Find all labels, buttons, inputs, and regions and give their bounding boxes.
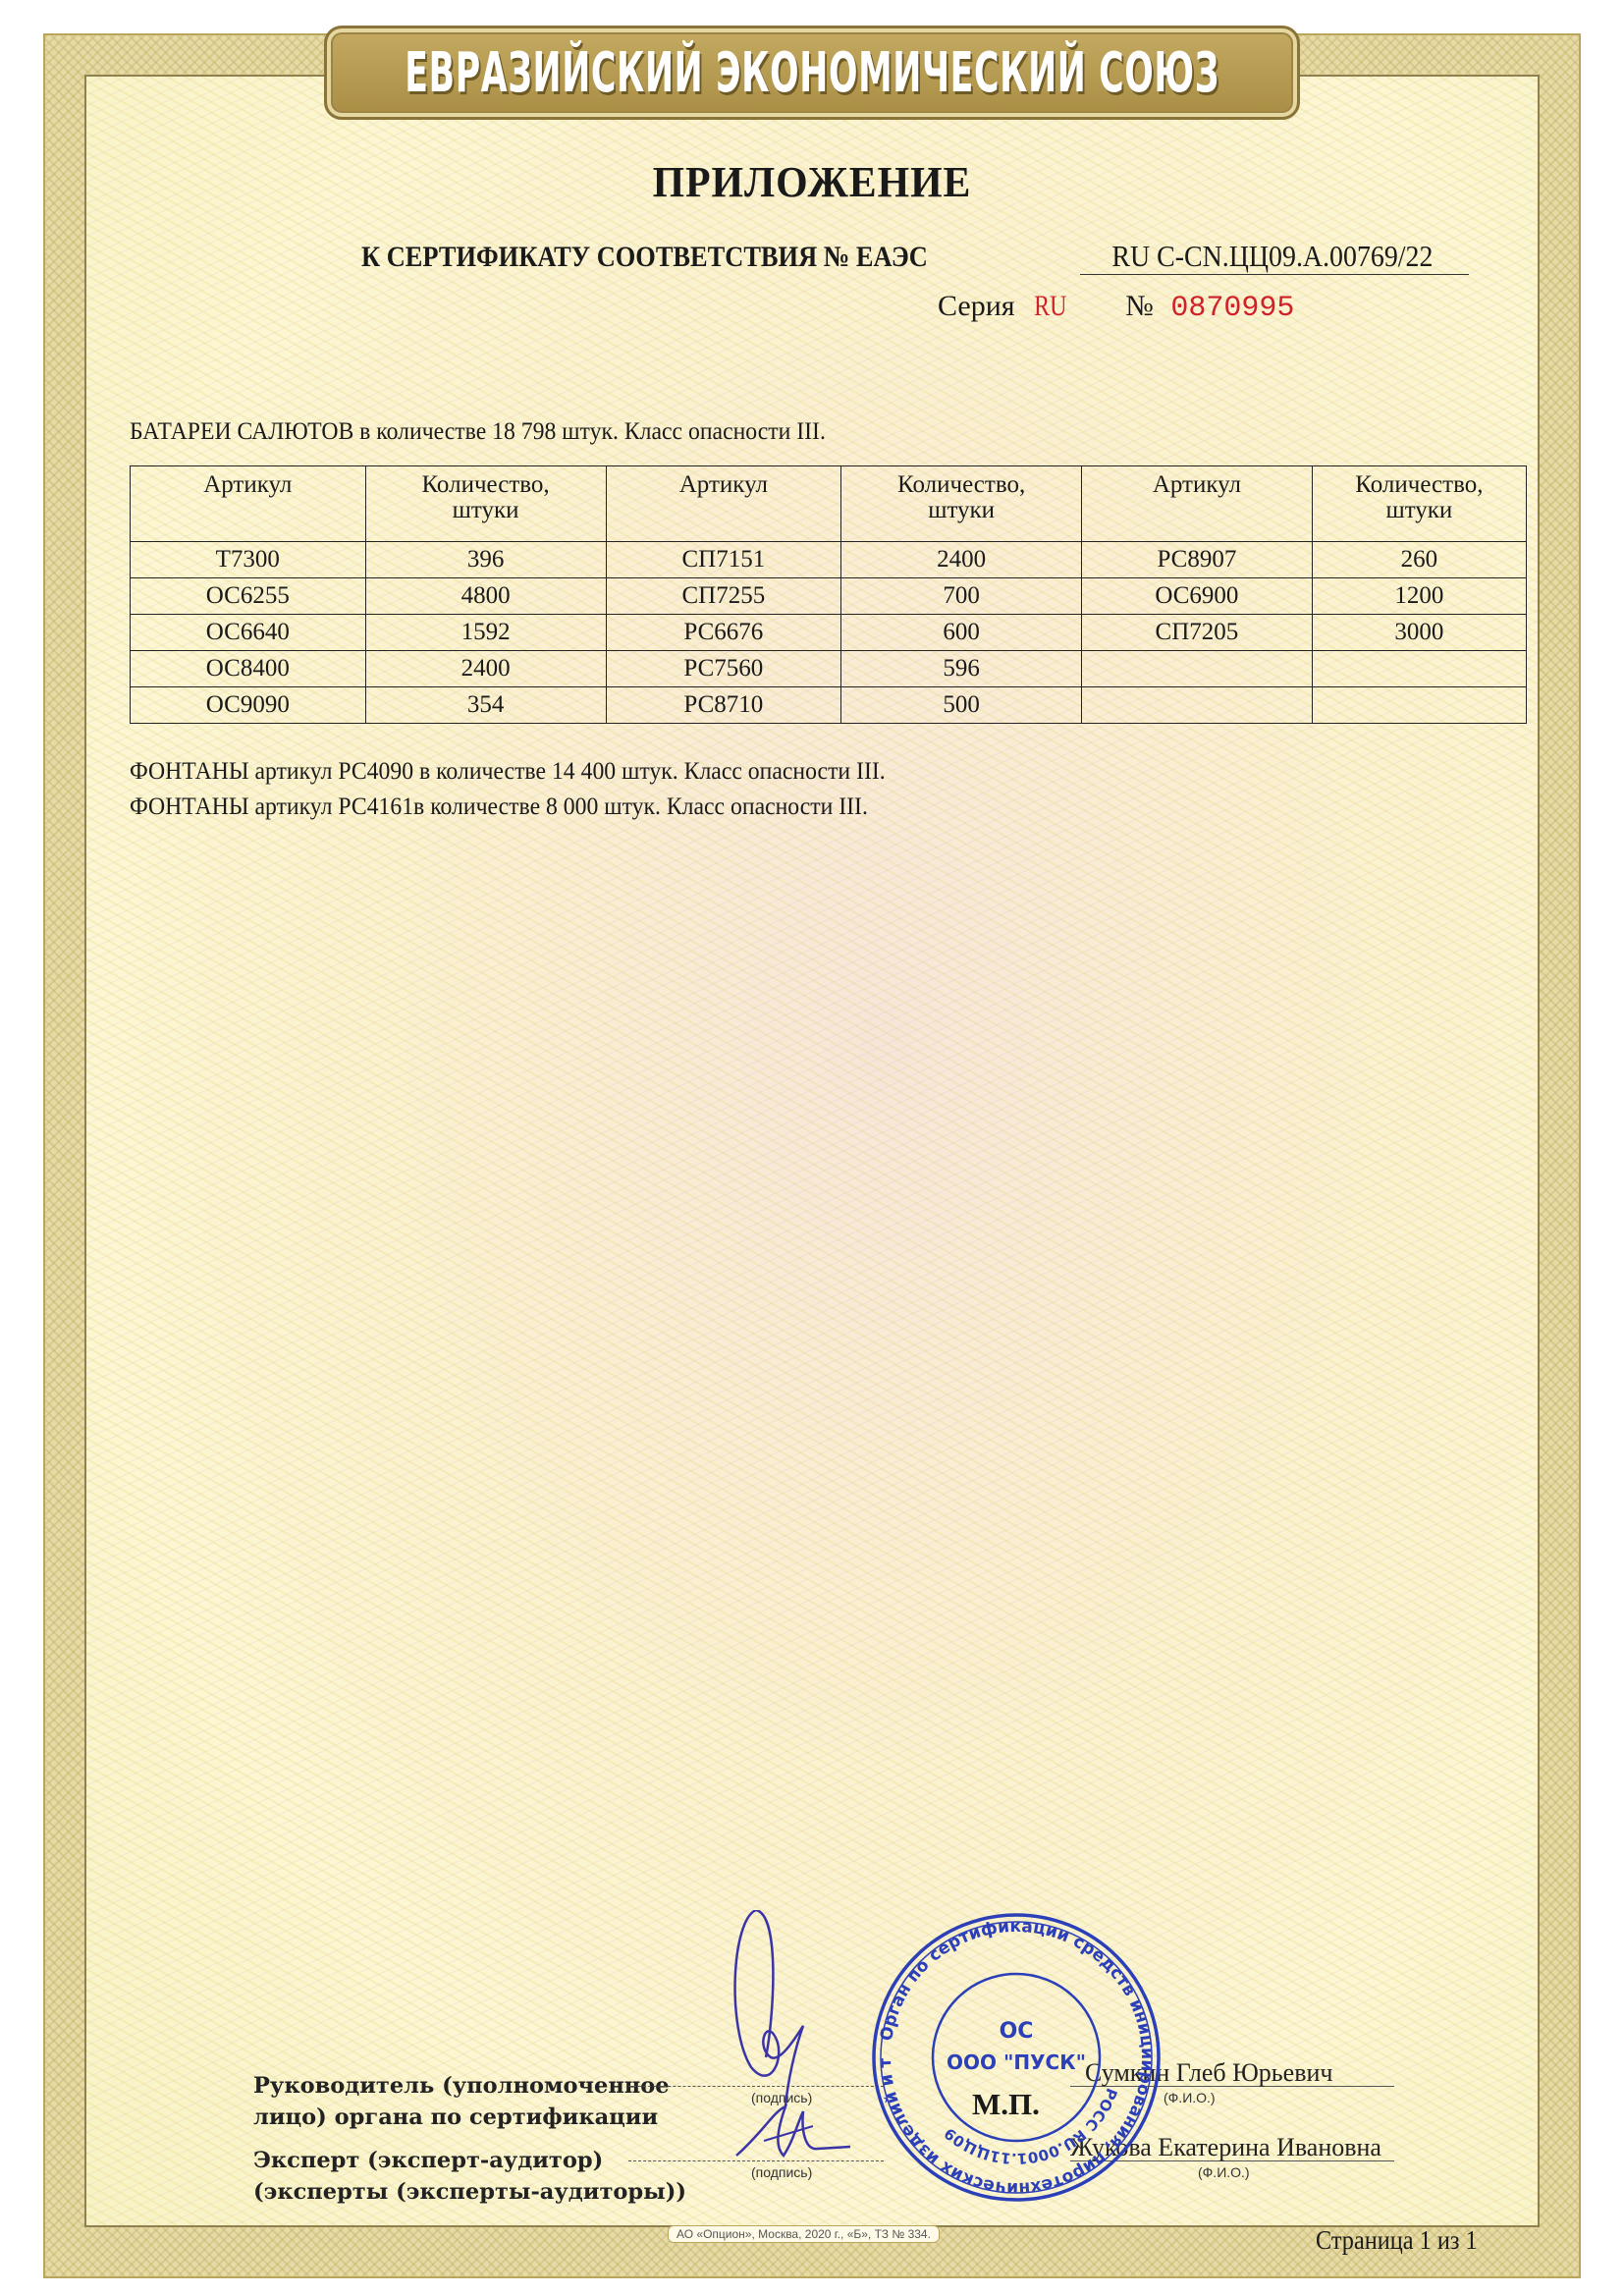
article-cell: Т7300 <box>131 542 366 578</box>
expert-label-line-2: (эксперты (эксперты-аудиторы)) <box>253 2176 686 2208</box>
quantity-cell: 354 <box>365 687 606 724</box>
article-cell: РС6676 <box>606 615 841 651</box>
series-line: Серия RU № 0870995 <box>938 290 1294 325</box>
article-cell <box>1082 651 1313 687</box>
quantity-cell <box>1312 651 1526 687</box>
form-number: 0870995 <box>1170 292 1294 325</box>
guilloche-background <box>84 75 1540 2227</box>
article-cell: ОС6900 <box>1082 578 1313 615</box>
article-cell: СП7205 <box>1082 615 1313 651</box>
batteries-heading: БАТАРЕИ САЛЮТОВ в количестве 18 798 штук… <box>130 416 826 446</box>
table-row: ОС9090354РС8710500 <box>131 687 1527 724</box>
head-signatory-label: Руководитель (уполномоченное лицо) орган… <box>253 2070 670 2133</box>
stamp-center-2: ООО "ПУСК" <box>947 2050 1086 2074</box>
column-header: Количество,штуки <box>841 466 1082 542</box>
article-cell: ОС6640 <box>131 615 366 651</box>
table-row: ОС66401592РС6676600СП72053000 <box>131 615 1527 651</box>
quantity-cell <box>1312 687 1526 724</box>
quantity-cell: 3000 <box>1312 615 1526 651</box>
fountains-line-2: ФОНТАНЫ артикул РС4161в количестве 8 000… <box>130 792 868 821</box>
column-header: Количество,штуки <box>365 466 606 542</box>
stamp-center-1: ОС <box>1000 2019 1034 2044</box>
column-header: Артикул <box>606 466 841 542</box>
article-cell: СП7255 <box>606 578 841 615</box>
head-label-line-2: лицо) органа по сертификации <box>253 2102 670 2133</box>
quantity-cell: 2400 <box>841 542 1082 578</box>
expert-signature-icon <box>734 2102 852 2160</box>
expert-signature-line <box>628 2160 884 2161</box>
union-banner-text: ЕВРАЗИЙСКИЙ ЭКОНОМИЧЕСКИЙ СОЮЗ <box>405 41 1219 105</box>
column-header: Количество,штуки <box>1312 466 1526 542</box>
head-fio-caption: (Ф.И.О.) <box>1164 2090 1216 2105</box>
article-cell: ОС9090 <box>131 687 366 724</box>
page-title: ПРИЛОЖЕНИЕ <box>40 157 1583 207</box>
quantity-cell: 4800 <box>365 578 606 615</box>
article-cell: РС7560 <box>606 651 841 687</box>
article-cell: РС8710 <box>606 687 841 724</box>
seal-mark: М.П. <box>972 2087 1040 2122</box>
batteries-table: Артикул Количество,штуки Артикул Количес… <box>130 465 1527 724</box>
table-row: ОС62554800СП7255700ОС69001200 <box>131 578 1527 615</box>
table-row: Т7300396СП71512400РС8907260 <box>131 542 1527 578</box>
series-code: RU <box>1034 290 1066 323</box>
quantity-cell: 260 <box>1312 542 1526 578</box>
article-cell: ОС6255 <box>131 578 366 615</box>
article-cell: ОС8400 <box>131 651 366 687</box>
quantity-cell: 2400 <box>365 651 606 687</box>
fountains-line-1: ФОНТАНЫ артикул РС4090 в количестве 14 4… <box>130 756 886 786</box>
printer-imprint: АО «Опцион», Москва, 2020 г., «Б», ТЗ № … <box>668 2225 940 2243</box>
quantity-cell: 500 <box>841 687 1082 724</box>
certificate-number: RU C-CN.ЦЦ09.А.00769/22 <box>1080 239 1469 275</box>
expert-fio-caption: (Ф.И.О.) <box>1198 2164 1250 2180</box>
quantity-cell: 396 <box>365 542 606 578</box>
certificate-label: К СЕРТИФИКАТУ СООТВЕТСТВИЯ № ЕАЭС <box>361 241 928 274</box>
number-label: № <box>1125 290 1154 322</box>
head-label-line-1: Руководитель (уполномоченное <box>253 2070 670 2102</box>
article-cell: РС8907 <box>1082 542 1313 578</box>
head-signature-icon <box>727 1910 844 2106</box>
expert-label-line-1: Эксперт (эксперт-аудитор) <box>253 2145 686 2176</box>
quantity-cell: 600 <box>841 615 1082 651</box>
certification-stamp-icon: Орган по сертификации средств инициирова… <box>869 1910 1164 2205</box>
column-header: Артикул <box>1082 466 1313 542</box>
table-row: ОС84002400РС7560596 <box>131 651 1527 687</box>
quantity-cell: 596 <box>841 651 1082 687</box>
expert-signature-caption: (подпись) <box>751 2164 812 2180</box>
quantity-cell: 700 <box>841 578 1082 615</box>
table-header-row: Артикул Количество,штуки Артикул Количес… <box>131 466 1527 542</box>
expert-signatory-label: Эксперт (эксперт-аудитор) (эксперты (экс… <box>253 2145 686 2208</box>
quantity-cell: 1200 <box>1312 578 1526 615</box>
table-body: Т7300396СП71512400РС8907260ОС62554800СП7… <box>131 542 1527 724</box>
article-cell <box>1082 687 1313 724</box>
union-banner: ЕВРАЗИЙСКИЙ ЭКОНОМИЧЕСКИЙ СОЮЗ <box>324 26 1300 120</box>
page-number: Страница 1 из 1 <box>1316 2225 1478 2256</box>
column-header: Артикул <box>131 466 366 542</box>
article-cell: СП7151 <box>606 542 841 578</box>
quantity-cell: 1592 <box>365 615 606 651</box>
series-label: Серия <box>938 290 1015 322</box>
